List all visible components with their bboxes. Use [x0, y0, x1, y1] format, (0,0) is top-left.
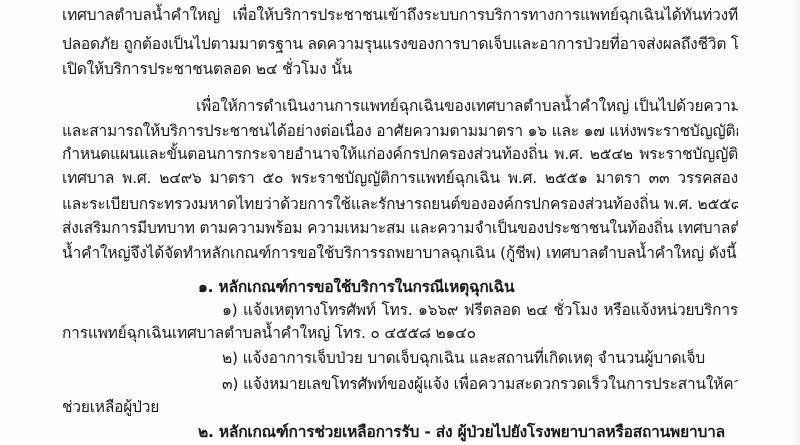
purpose-line-7: น้ำคำใหญ่จึงได้จัดทำหลักเกณฑ์การขอใช้บริ…	[62, 241, 738, 265]
section-2-heading: ๒. หลักเกณฑ์การช่วยเหลือการรับ - ส่ง ผู้…	[198, 420, 738, 444]
purpose-line-1: เพื่อให้การดำเนินงานการแพทย์ฉุกเฉินของเท…	[196, 94, 738, 118]
section-1-item-3-continuation: ช่วยเหลือผู้ป่วย	[62, 395, 738, 419]
section-1-item-1-continuation: การแพทย์ฉุกเฉินเทศบาลตำบลน้ำคำใหญ่ โทร. …	[62, 321, 738, 345]
page-edge-shadow	[790, 0, 800, 445]
section-1-item-3: ๓) แจ้งหมายเลขโทรศัพท์ของผู้แจ้ง เพื่อคว…	[222, 372, 738, 396]
purpose-line-2: และสามารถให้บริการประชาชนได้อย่างต่อเนื่…	[62, 119, 738, 143]
purpose-line-3: กำหนดแผนและขั้นตอนการกระจายอำนาจให้แก่อง…	[62, 142, 738, 166]
purpose-line-6: ส่งเสริมการมีบทบาท ตามความพร้อม ความเหมา…	[62, 216, 738, 240]
section-1-heading: ๑. หลักเกณฑ์การขอใช้บริการในกรณีเหตุฉุกเ…	[198, 275, 738, 299]
section-1-item-1: ๑) แจ้งเหตุทางโทรศัพท์ โทร. ๑๖๖๙ ฟรีตลอด…	[222, 298, 738, 322]
intro-line-3: เปิดให้บริการประชาชนตลอด ๒๔ ชั่วโมง นั้น	[62, 57, 738, 81]
purpose-line-4: เทศบาล พ.ศ. ๒๔๙๖ มาตรา ๕๐ พระราชบัญญัติก…	[62, 166, 738, 190]
purpose-line-5: และระเบียบกระทรวงมหาดไทยว่าด้วยการใช้และ…	[62, 192, 738, 216]
document-page: เทศบาลตำบลน้ำคำใหญ่ เพื่อให้บริการประชาช…	[0, 0, 800, 445]
intro-line-2: ปลอดภัย ถูกต้องเป็นไปตามมาตรฐาน ลดความรุ…	[62, 32, 738, 56]
intro-line-1: เทศบาลตำบลน้ำคำใหญ่ เพื่อให้บริการประชาช…	[62, 3, 738, 27]
section-1-item-2: ๒) แจ้งอาการเจ็บป่วย บาดเจ็บฉุกเฉิน และส…	[222, 346, 738, 370]
